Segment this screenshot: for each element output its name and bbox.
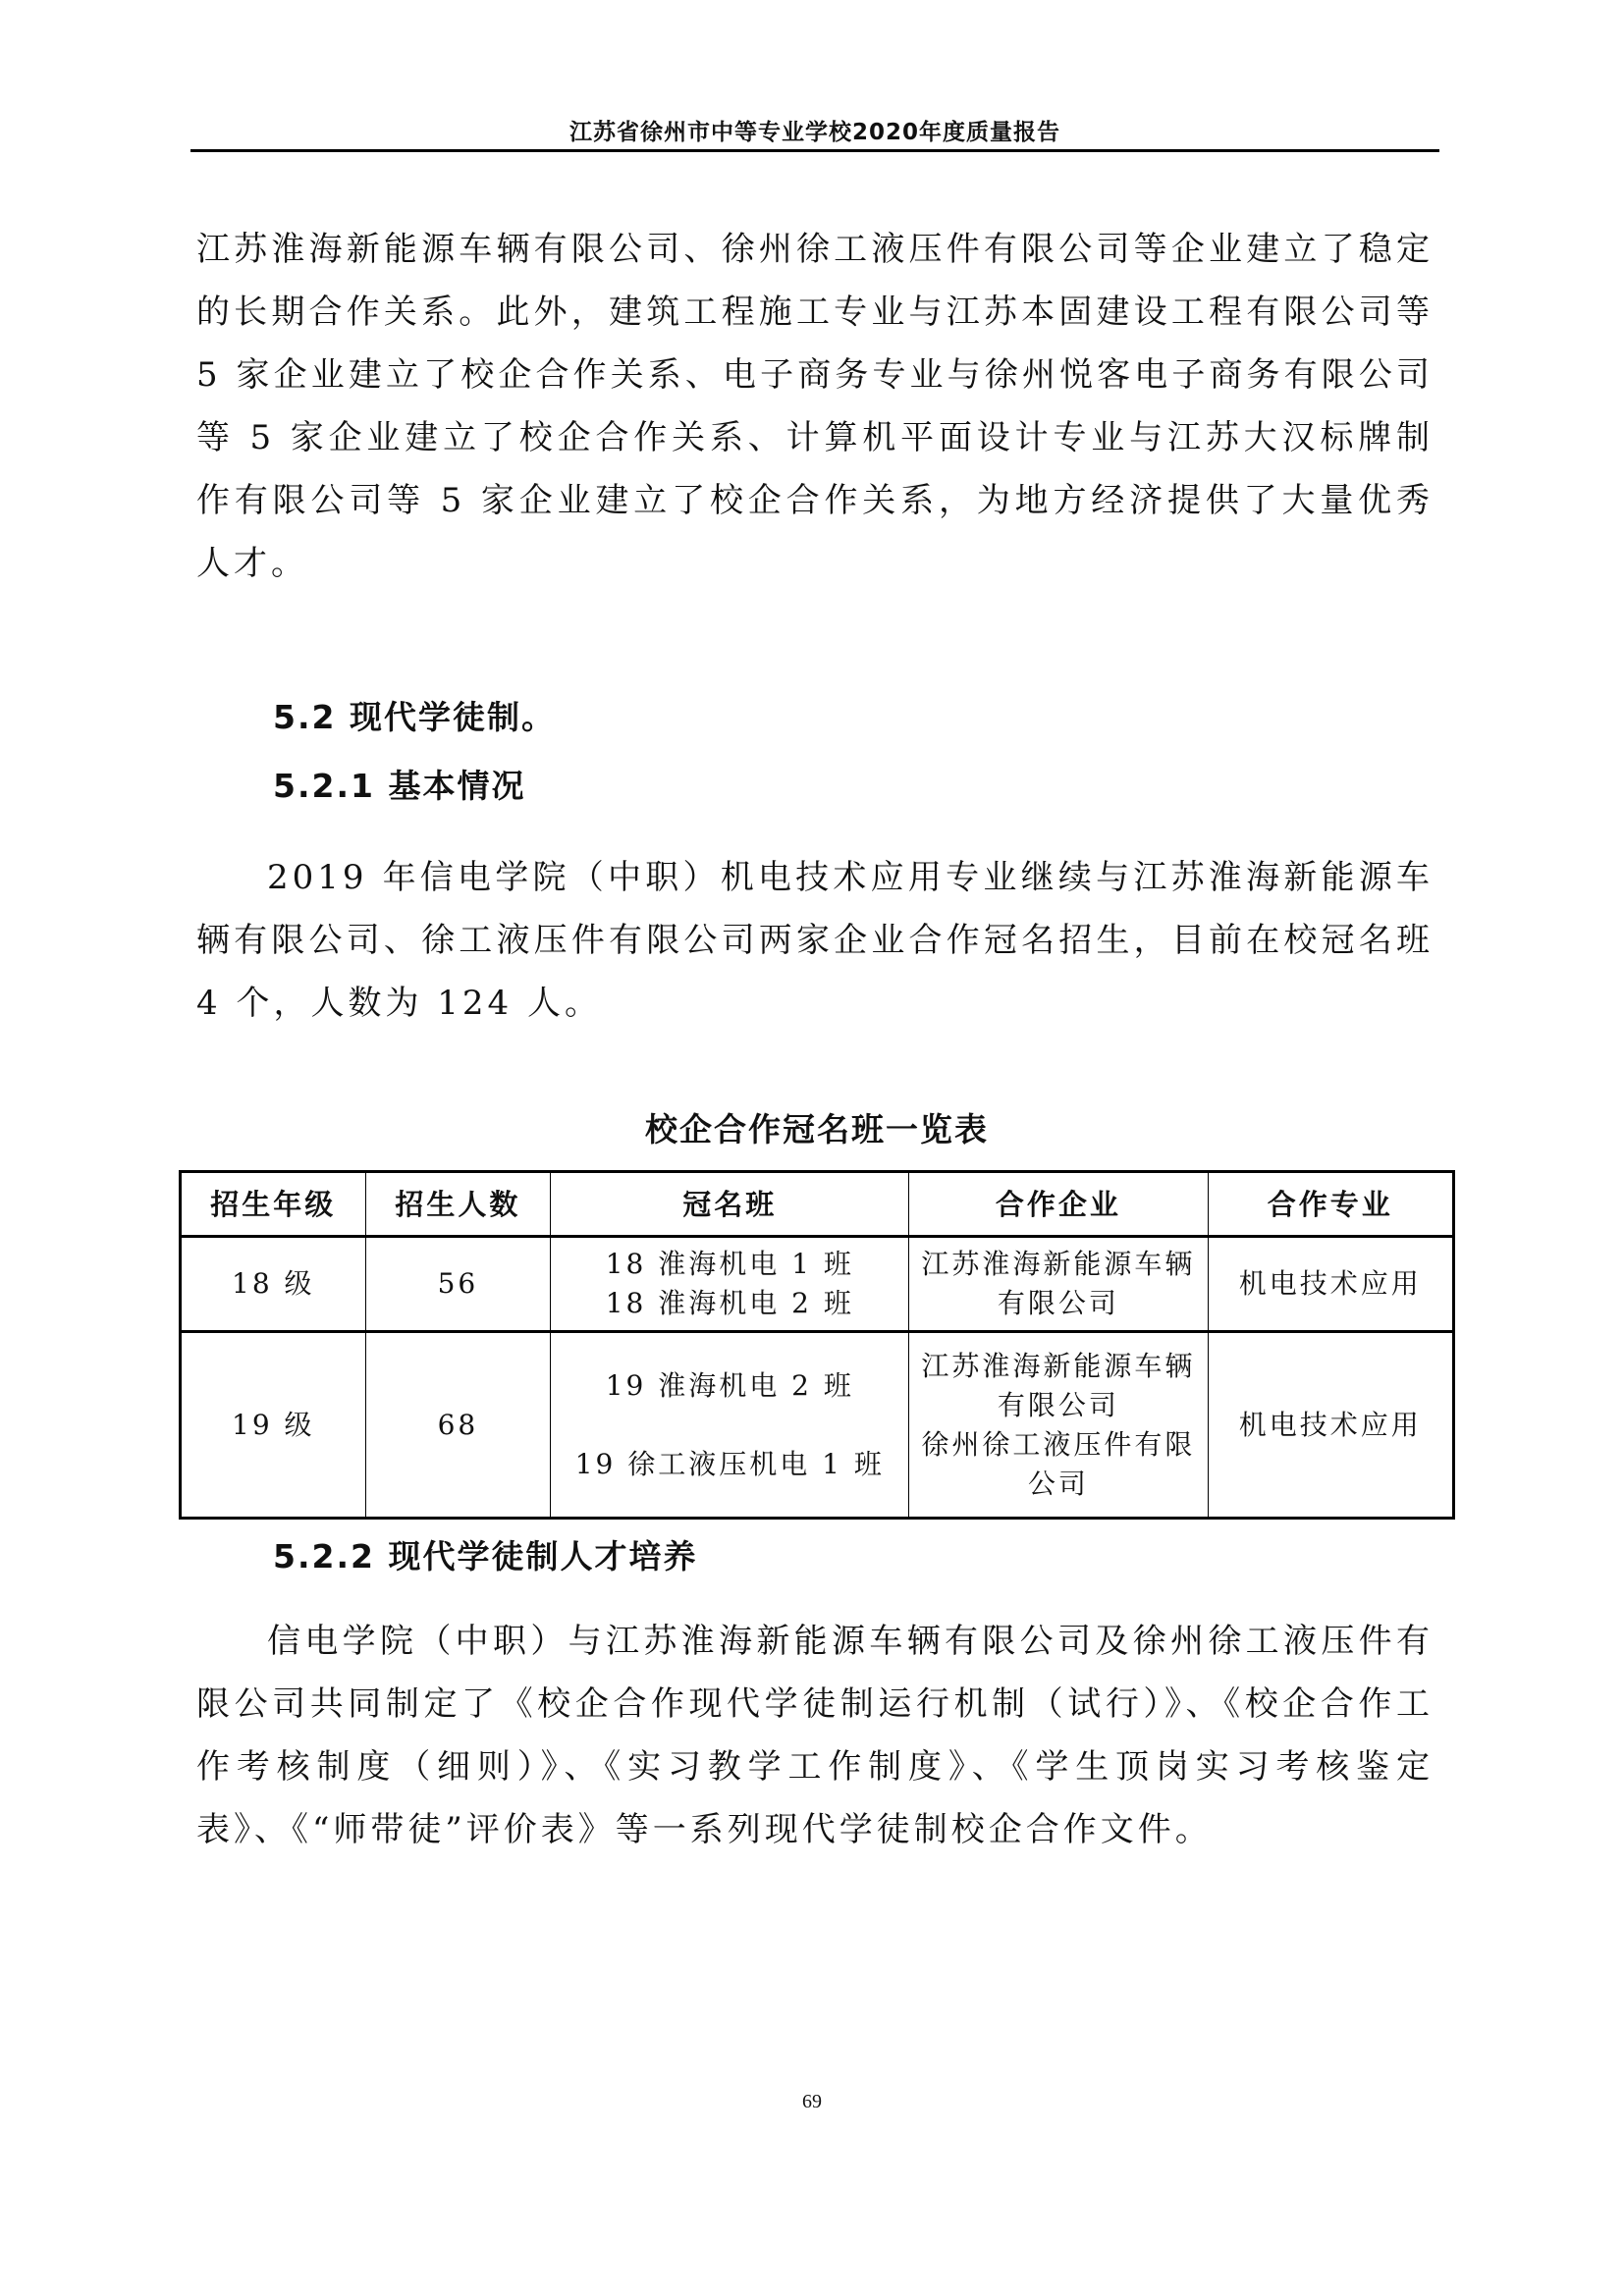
- cell-count: 56: [365, 1237, 551, 1332]
- company-name: 江苏淮海新能源车辆有限公司: [915, 1245, 1201, 1323]
- body-section-1: 江苏淮海新能源车辆有限公司、徐州徐工液压件有限公司等企业建立了稳定的长期合作关系…: [196, 218, 1434, 595]
- page-number: 69: [0, 2091, 1624, 2113]
- cell-company: 江苏淮海新能源车辆有限公司 徐州徐工液压件有限公司: [909, 1332, 1208, 1519]
- heading-5-2: 5.2 现代学徒制。: [273, 692, 556, 738]
- cell-classes: 18 淮海机电 1 班 18 淮海机电 2 班: [551, 1237, 909, 1332]
- body-section-3: 信电学院（中职）与江苏淮海新能源车辆有限公司及徐州徐工液压件有限公司共同制定了《…: [196, 1610, 1434, 1861]
- cell-company: 江苏淮海新能源车辆有限公司: [909, 1237, 1208, 1332]
- cell-classes: 19 淮海机电 2 班 19 徐工液压机电 1 班: [551, 1332, 909, 1519]
- running-header: 江苏省徐州市中等专业学校2020年度质量报告: [191, 114, 1438, 146]
- spacer: [557, 1406, 902, 1445]
- class-name: 19 淮海机电 2 班: [557, 1366, 902, 1406]
- table-row: 18 级 56 18 淮海机电 1 班 18 淮海机电 2 班 江苏淮海新能源车…: [181, 1237, 1454, 1332]
- company-name: 徐州徐工液压件有限公司: [915, 1425, 1201, 1504]
- col-header-company: 合作企业: [909, 1172, 1208, 1237]
- col-header-grade: 招生年级: [181, 1172, 366, 1237]
- col-header-count: 招生人数: [365, 1172, 551, 1237]
- header-rule: [190, 149, 1439, 152]
- col-header-major: 合作专业: [1208, 1172, 1453, 1237]
- heading-5-2-1: 5.2.1 基本情况: [273, 761, 525, 807]
- table-row: 19 级 68 19 淮海机电 2 班 19 徐工液压机电 1 班 江苏淮海新能…: [181, 1332, 1454, 1519]
- cell-grade: 19 级: [181, 1332, 366, 1519]
- cell-count: 68: [365, 1332, 551, 1519]
- company-name: 江苏淮海新能源车辆有限公司: [915, 1347, 1201, 1425]
- class-name: 18 淮海机电 1 班: [557, 1245, 902, 1284]
- cell-grade: 18 级: [181, 1237, 366, 1332]
- named-class-table: 招生年级 招生人数 冠名班 合作企业 合作专业 18 级 56 18 淮海机电 …: [179, 1170, 1455, 1520]
- table-title: 校企合作冠名班一览表: [179, 1104, 1455, 1150]
- cell-major: 机电技术应用: [1208, 1332, 1453, 1519]
- paragraph-talent-training: 信电学院（中职）与江苏淮海新能源车辆有限公司及徐州徐工液压件有限公司共同制定了《…: [196, 1610, 1434, 1861]
- paragraph-cooperation: 江苏淮海新能源车辆有限公司、徐州徐工液压件有限公司等企业建立了稳定的长期合作关系…: [196, 218, 1434, 595]
- heading-5-2-2: 5.2.2 现代学徒制人才培养: [273, 1531, 697, 1577]
- class-name: 19 徐工液压机电 1 班: [557, 1445, 902, 1484]
- body-section-2: 2019 年信电学院（中职）机电技术应用专业继续与江苏淮海新能源车辆有限公司、徐…: [196, 846, 1434, 1035]
- paragraph-basic-situation: 2019 年信电学院（中职）机电技术应用专业继续与江苏淮海新能源车辆有限公司、徐…: [196, 846, 1434, 1035]
- class-name: 18 淮海机电 2 班: [557, 1284, 902, 1323]
- cell-major: 机电技术应用: [1208, 1237, 1453, 1332]
- table-header-row: 招生年级 招生人数 冠名班 合作企业 合作专业: [181, 1172, 1454, 1237]
- col-header-class: 冠名班: [551, 1172, 909, 1237]
